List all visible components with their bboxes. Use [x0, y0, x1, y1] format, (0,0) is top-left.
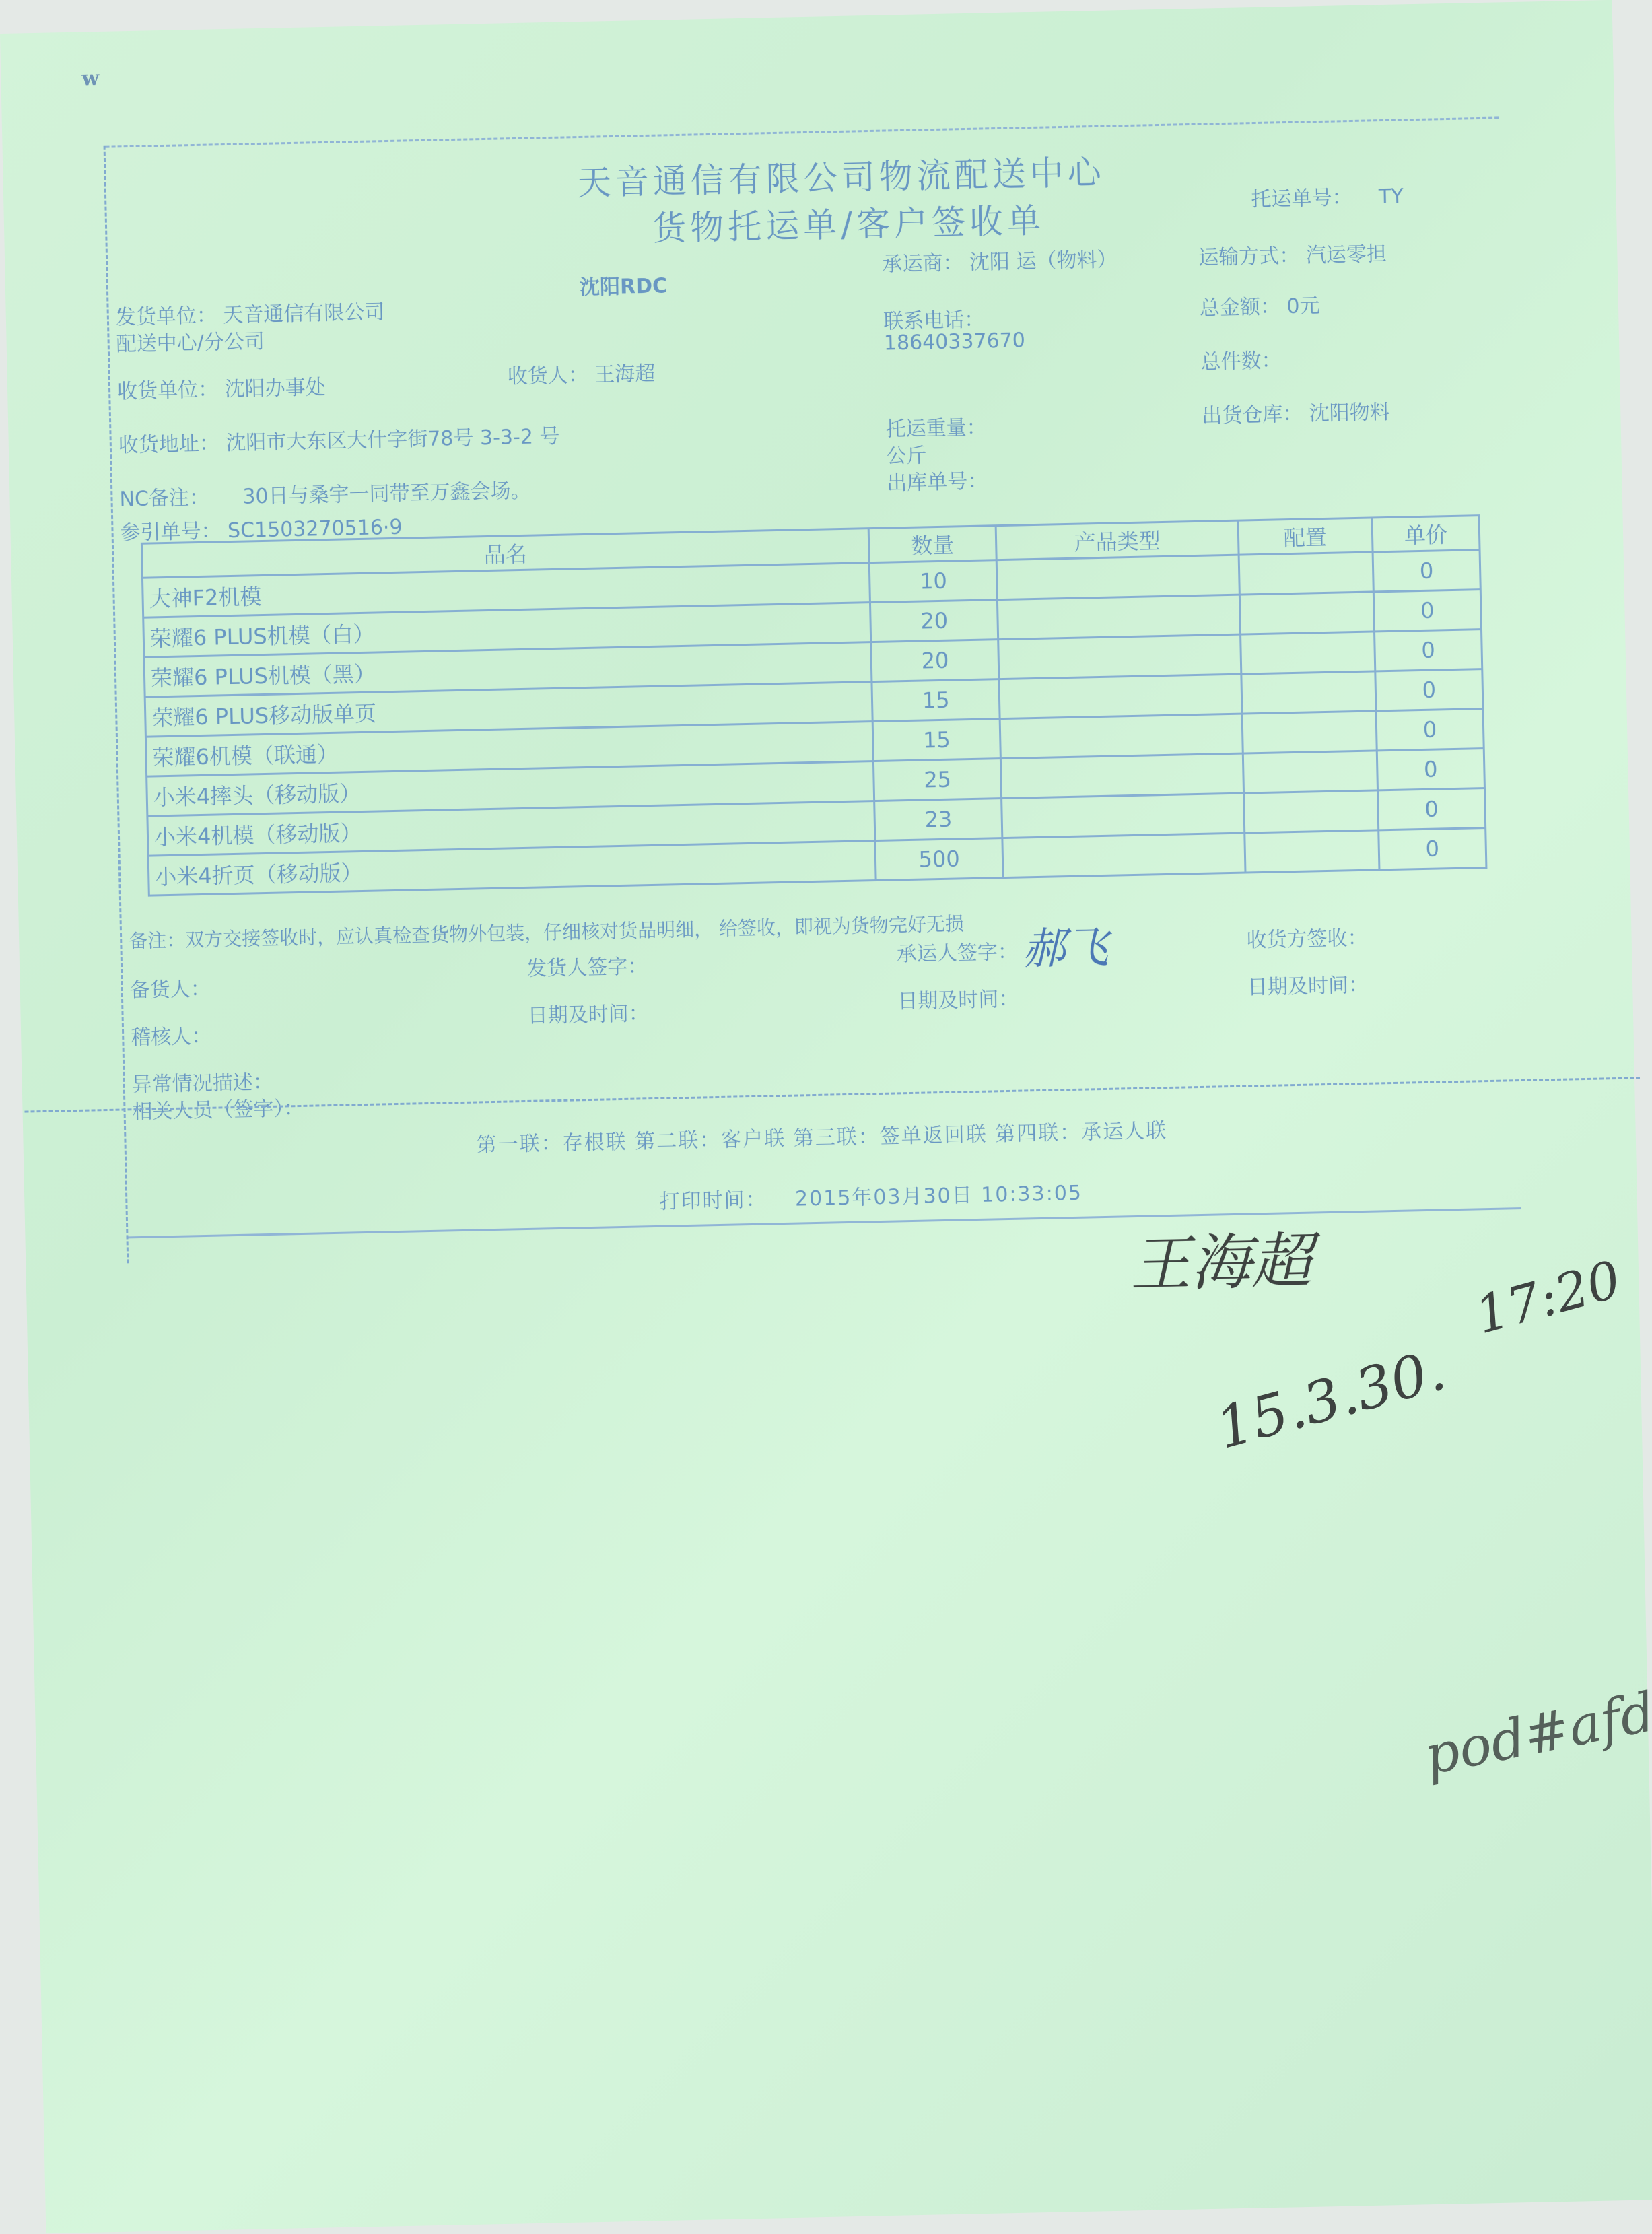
outbound-number: 出库单号：: [887, 464, 988, 496]
waybill-number: 托运单号： TY: [1251, 179, 1404, 212]
waybill-paper: w 天音通信有限公司物流配送中心 货物托运单/客户签收单 托运单号： TY 沈阳…: [0, 0, 1652, 2233]
item-config: [1242, 711, 1377, 753]
nc-note-label: NC备注：: [119, 486, 209, 512]
item-config: [1240, 632, 1375, 674]
total-amount-value: 0元: [1286, 294, 1320, 318]
item-config: [1243, 751, 1377, 793]
carrier-signature: 郝飞: [1022, 913, 1109, 977]
shipper-value: 天音通信有限公司: [223, 300, 385, 327]
waybill-number-value: TY: [1379, 184, 1404, 209]
shipper-sign-label: 发货人签字：: [526, 949, 648, 982]
consignee-value: 王海超: [594, 362, 656, 387]
weight-unit: 公斤: [886, 438, 927, 469]
date-time-label-carrier: 日期及时间：: [897, 982, 1019, 1015]
print-time: 打印时间： 2015年03月30日 10:33:05: [659, 1176, 1082, 1215]
warehouse-value: 沈阳物料: [1309, 401, 1390, 426]
origin-rdc: 沈阳RDC: [580, 269, 668, 300]
nc-note: NC备注： 30日与桑宇一同带至万鑫会场。: [119, 474, 531, 512]
total-pieces: 总件数：: [1200, 343, 1282, 375]
consignee-unit: 收货单位： 沈阳办事处: [117, 370, 326, 404]
warehouse: 出货仓库： 沈阳物料: [1202, 395, 1390, 429]
address-value: 沈阳市大东区大什字街78号 3-3-2 号: [226, 425, 560, 455]
date-time-label-receiver: 日期及时间：: [1247, 968, 1369, 1001]
item-price: 0: [1377, 749, 1484, 790]
corner-mark: w: [81, 67, 100, 91]
item-price: 0: [1375, 669, 1483, 711]
bottom-rule: [128, 1207, 1521, 1238]
consignee-unit-label: 收货单位：: [117, 378, 219, 403]
item-type: [998, 634, 1241, 679]
consignee-unit-value: 沈阳办事处: [224, 376, 326, 401]
item-type: [996, 555, 1239, 600]
item-quantity: 15: [872, 679, 1000, 722]
carrier: 承运商： 沈阳 运（物料）: [882, 242, 1117, 277]
item-type: [1000, 714, 1243, 759]
item-config: [1239, 552, 1373, 595]
item-price: 0: [1374, 630, 1482, 671]
item-config: [1243, 790, 1378, 833]
outbound-number-label: 出库单号：: [887, 469, 988, 495]
item-type: [999, 674, 1242, 719]
column-header-config: 配置: [1238, 518, 1373, 555]
item-config: [1241, 671, 1375, 714]
item-price: 0: [1379, 828, 1486, 870]
item-price: 0: [1377, 788, 1485, 830]
item-price: 0: [1373, 550, 1480, 592]
transport-mode: 运输方式： 汽运零担: [1198, 237, 1387, 271]
waybill-number-label: 托运单号：: [1251, 186, 1352, 211]
checker-label: 稽核人：: [131, 1019, 212, 1051]
item-config: [1239, 592, 1374, 634]
print-time-label: 打印时间：: [659, 1188, 767, 1214]
waybill-form: 天音通信有限公司物流配送中心 货物托运单/客户签收单 托运单号： TY 沈阳RD…: [104, 116, 1522, 1263]
carrier-sign-label: 承运人签字：: [896, 935, 1018, 968]
form-title: 货物托运单/客户签收单: [652, 194, 1045, 250]
item-quantity: 500: [875, 838, 1003, 881]
consignee-label: 收货人：: [507, 364, 588, 389]
nc-note-value: 30日与桑宇一同带至万鑫会场。: [242, 479, 531, 509]
carrier-value: 沈阳 运（物料）: [969, 248, 1117, 275]
item-type: [1001, 753, 1244, 799]
receipt-time: 17:20: [1469, 1249, 1627, 1345]
item-type: [998, 595, 1241, 640]
item-quantity: 20: [871, 640, 999, 682]
item-price: 0: [1376, 709, 1484, 751]
column-header-unit-price: 单价: [1372, 516, 1480, 552]
item-config: [1244, 830, 1379, 873]
item-quantity: 10: [869, 560, 997, 603]
address: 收货地址： 沈阳市大东区大什字街78号 3-3-2 号: [118, 419, 559, 459]
pod-note: pod#afd=: [1419, 1672, 1652, 1787]
item-quantity: 25: [873, 759, 1001, 801]
receiver-signature: 王海超: [1129, 1212, 1313, 1304]
address-label: 收货地址：: [118, 432, 219, 457]
top-dashed-rule: [106, 116, 1499, 147]
column-header-product-type: 产品类型: [996, 520, 1238, 560]
phone-value: 18640337670: [884, 329, 1026, 355]
print-time-value: 2015年03月30日 10:33:05: [795, 1182, 1083, 1211]
item-type: [1002, 833, 1245, 878]
item-quantity: 23: [874, 799, 1002, 841]
copies-legend: 第一联：存根联 第二联：客户联 第三联：签单返回联 第四联：承运人联: [476, 1114, 1167, 1157]
item-quantity: 20: [870, 600, 998, 642]
remark: 备注：双方交接签收时，应认真检查货物外包装，仔细核对货品明细， 给签收，即视为货…: [129, 909, 964, 953]
dispatcher-label: 备货人：: [129, 972, 211, 1004]
shipper-line2: 配送中心/分公司: [116, 325, 265, 358]
date-time-label-shipper: 日期及时间：: [527, 996, 649, 1029]
carrier-label: 承运商：: [882, 251, 963, 277]
total-amount-label: 总金额：: [1200, 295, 1281, 320]
item-price: 0: [1373, 590, 1481, 632]
transport-value: 汽运零担: [1306, 242, 1387, 268]
receiver-sign-label: 收货方签收：: [1246, 921, 1368, 953]
total-amount: 总金额： 0元: [1199, 289, 1320, 321]
item-quantity: 15: [872, 719, 1000, 761]
goods-table: 品名 数量 产品类型 配置 单价 大神F2机模 10 0 荣耀6 PLUS机模（…: [141, 514, 1488, 897]
consignee: 收货人： 王海超: [507, 357, 655, 390]
weight-label: 托运重量：: [885, 410, 987, 442]
column-header-quantity: 数量: [868, 526, 996, 563]
transport-label: 运输方式：: [1198, 244, 1300, 270]
total-pieces-label: 总件数：: [1200, 349, 1282, 374]
item-type: [1002, 793, 1245, 838]
receipt-date: 15.3.30.: [1209, 1336, 1452, 1462]
warehouse-label: 出货仓库：: [1202, 403, 1303, 428]
